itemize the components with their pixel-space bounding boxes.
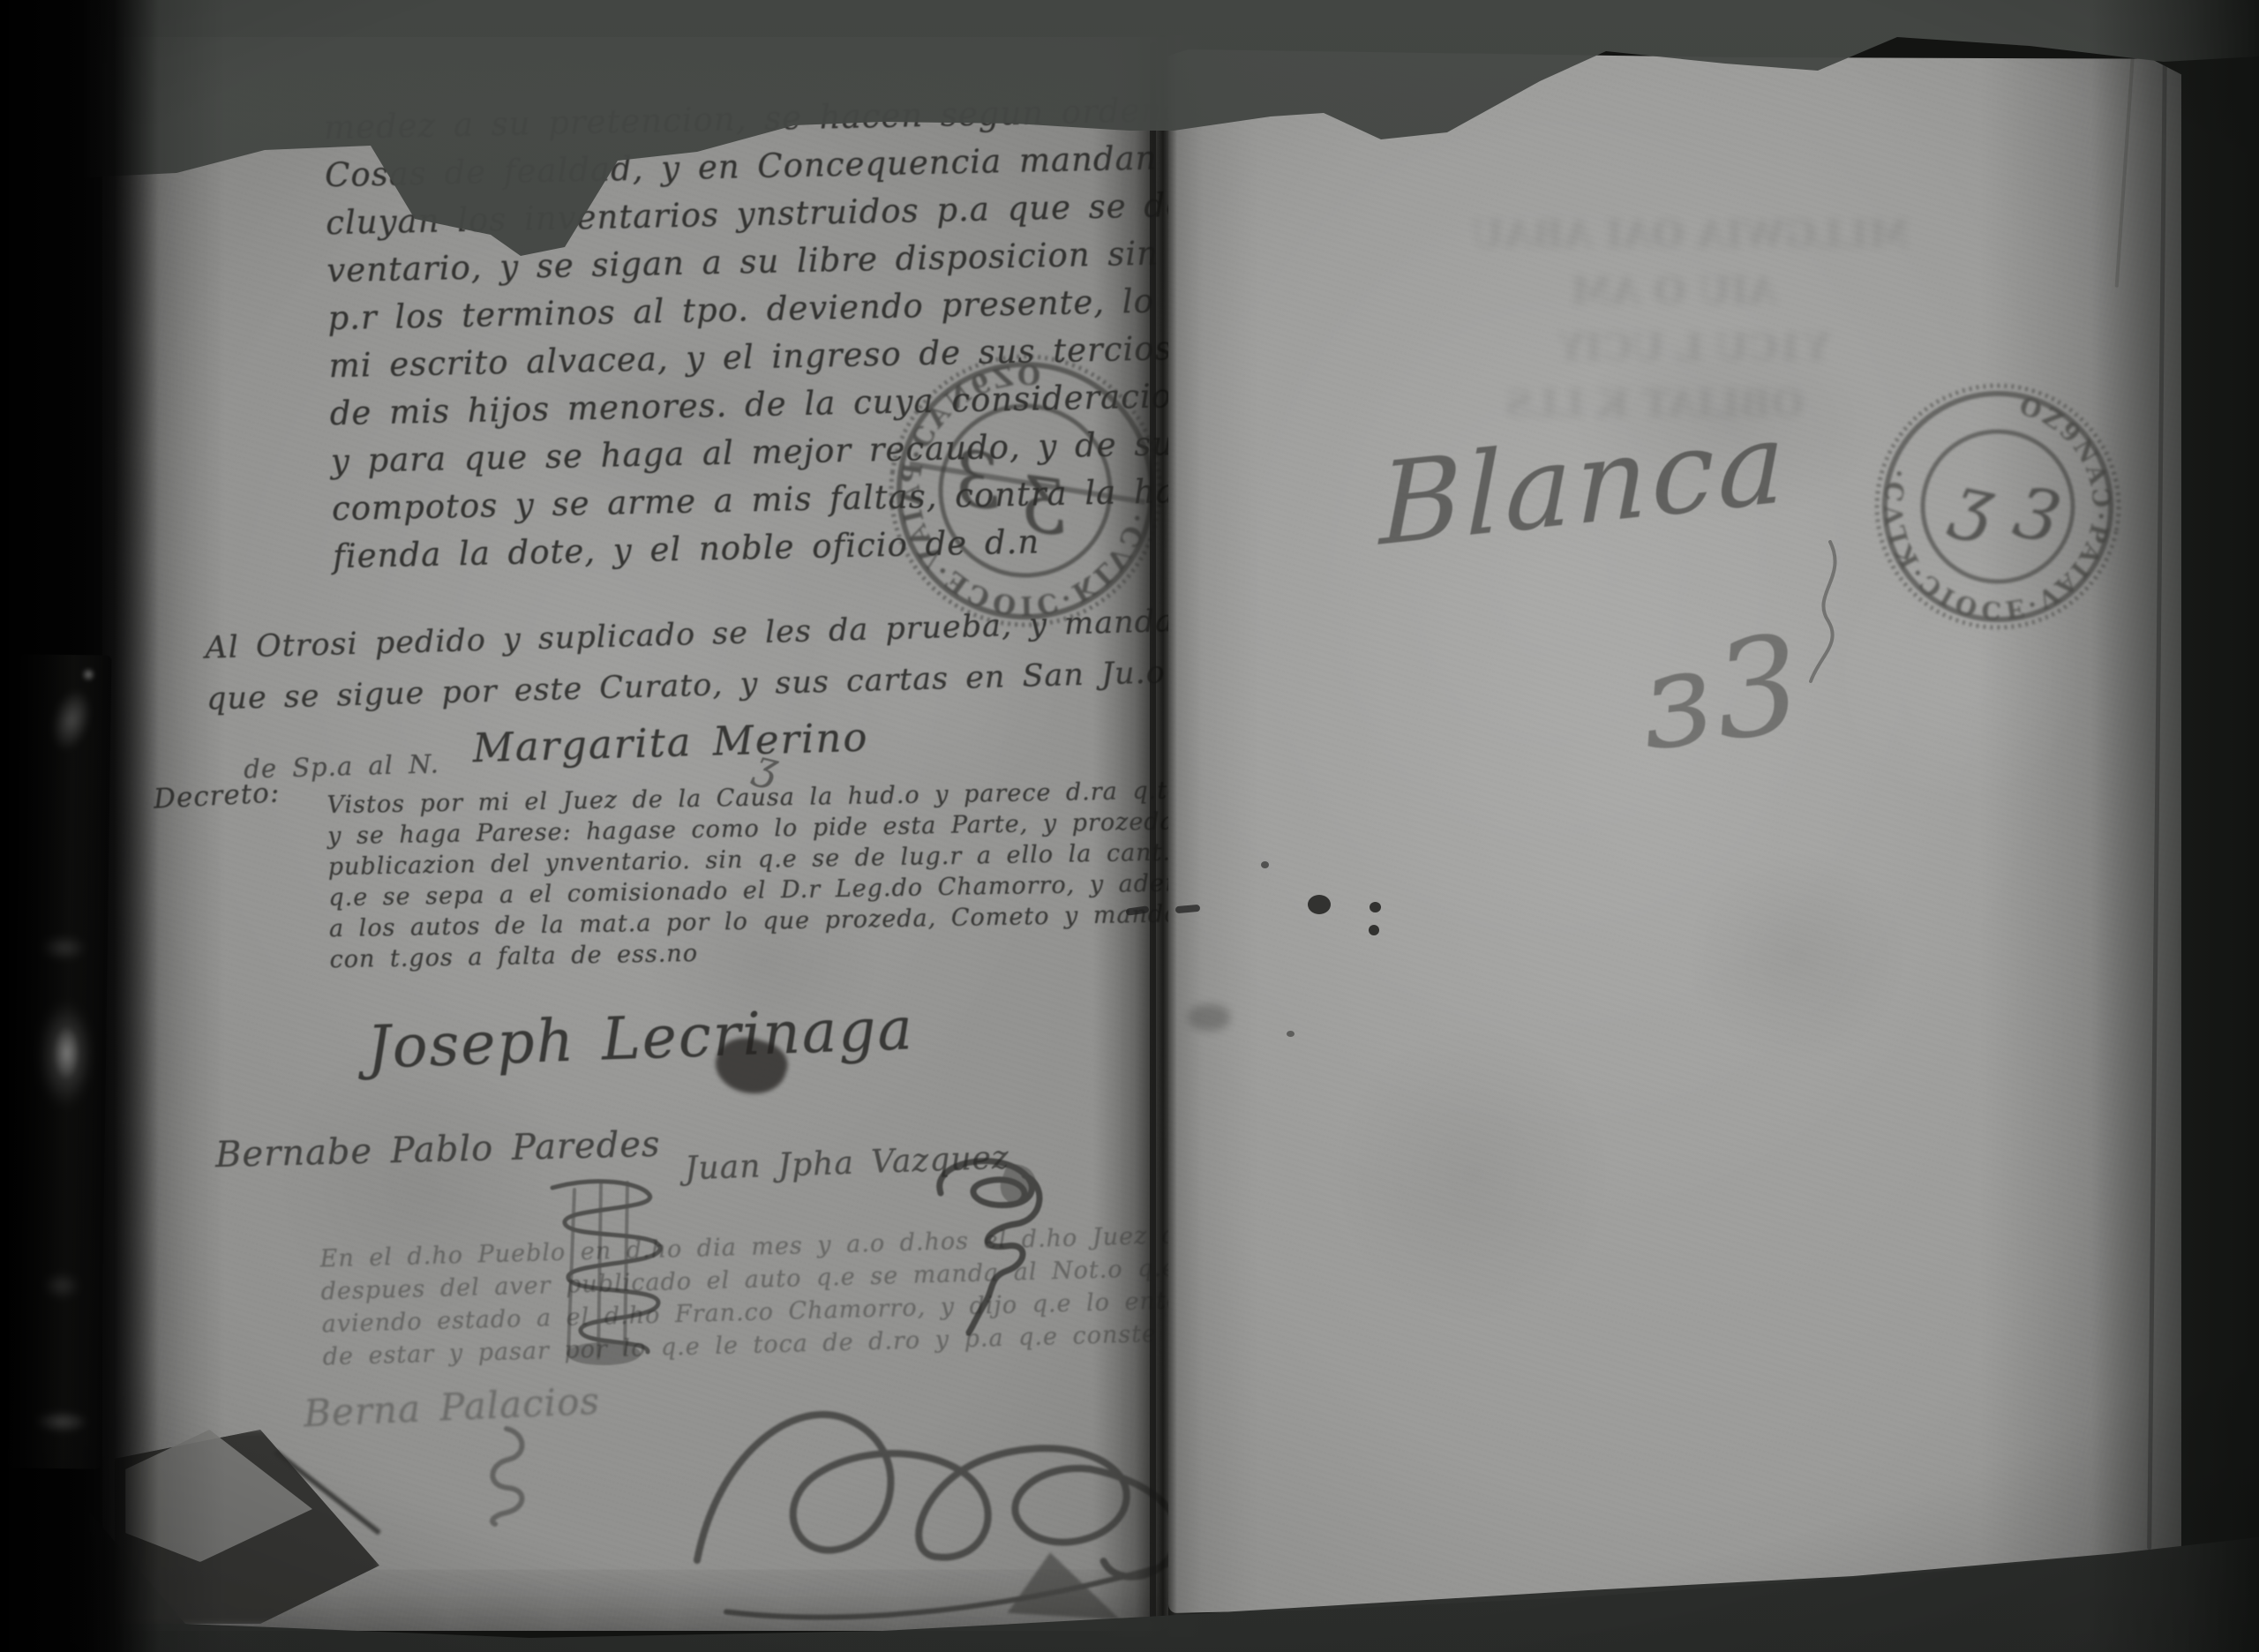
left-page-stamp: OZ9NAƆ·PAIAV·ƎƆOIC·KLVƆ· ʒ 3 (860, 326, 1191, 657)
ink-speck (1287, 1031, 1295, 1037)
page-crease (2115, 49, 2135, 288)
signature-bernabe-paredes: Bernabe Pablo Paredes (215, 1124, 661, 1175)
signature-margarita-merino: Margarita Merino (472, 712, 869, 775)
gutter-fold-line (1150, 42, 1156, 1622)
ink-speck (1369, 925, 1379, 935)
edge-stain (2188, 840, 2243, 1087)
signature-berna-palacios: Berna Palacios (303, 1379, 601, 1436)
show-through-line: AIU O AM (1089, 263, 1777, 319)
ink-speck (1308, 895, 1331, 914)
print-show-through: MLLGWIA OAI ABAU AIU O AM Y1CU L UCIY OB… (1221, 206, 1910, 432)
spine-glint (42, 1273, 79, 1300)
spine-glint (44, 685, 97, 756)
spine-glint (41, 935, 86, 961)
show-through-line: MLLGWIA OAI ABAU (1221, 206, 1910, 263)
left-page: medez a su pretencion, se hacen segun or… (102, 37, 1168, 1631)
ink-speck (1370, 902, 1381, 912)
folio-mark: ɜ3 (1632, 604, 1814, 779)
page-crease (2147, 58, 2167, 1550)
rubric-small-scribble (473, 1424, 539, 1526)
book-spine-tape (9, 654, 112, 1468)
signature-joseph-lecrinaga: Joseph Lecrinaga (366, 995, 915, 1082)
edge-stain-small (2199, 281, 2224, 335)
right-page: MLLGWIA OAI ABAU AIU O AM Y1CU L UCIY OB… (1168, 49, 2181, 1613)
decree-paragraph: Vistos por mi el Juez de la Causa la hud… (326, 774, 1257, 975)
spine-glint (34, 1410, 88, 1434)
show-through-line: Y1CU L UCIY (1142, 319, 1830, 376)
manuscript-photo: medez a su pretencion, se hacen segun or… (0, 0, 2259, 1652)
right-page-stamp: OZ9NAƆ·PAIAV·ƎƆOIC·KLVƆ· ʒ 3 (1841, 349, 2155, 664)
spine-glint (81, 667, 95, 681)
spine-glint (53, 1025, 80, 1080)
stamp-center-marks: ʒ 3 (1945, 457, 2068, 559)
decree-margin-label: Decreto: (153, 777, 281, 815)
ink-speck (1261, 861, 1269, 868)
ink-smudge (1188, 1004, 1230, 1031)
